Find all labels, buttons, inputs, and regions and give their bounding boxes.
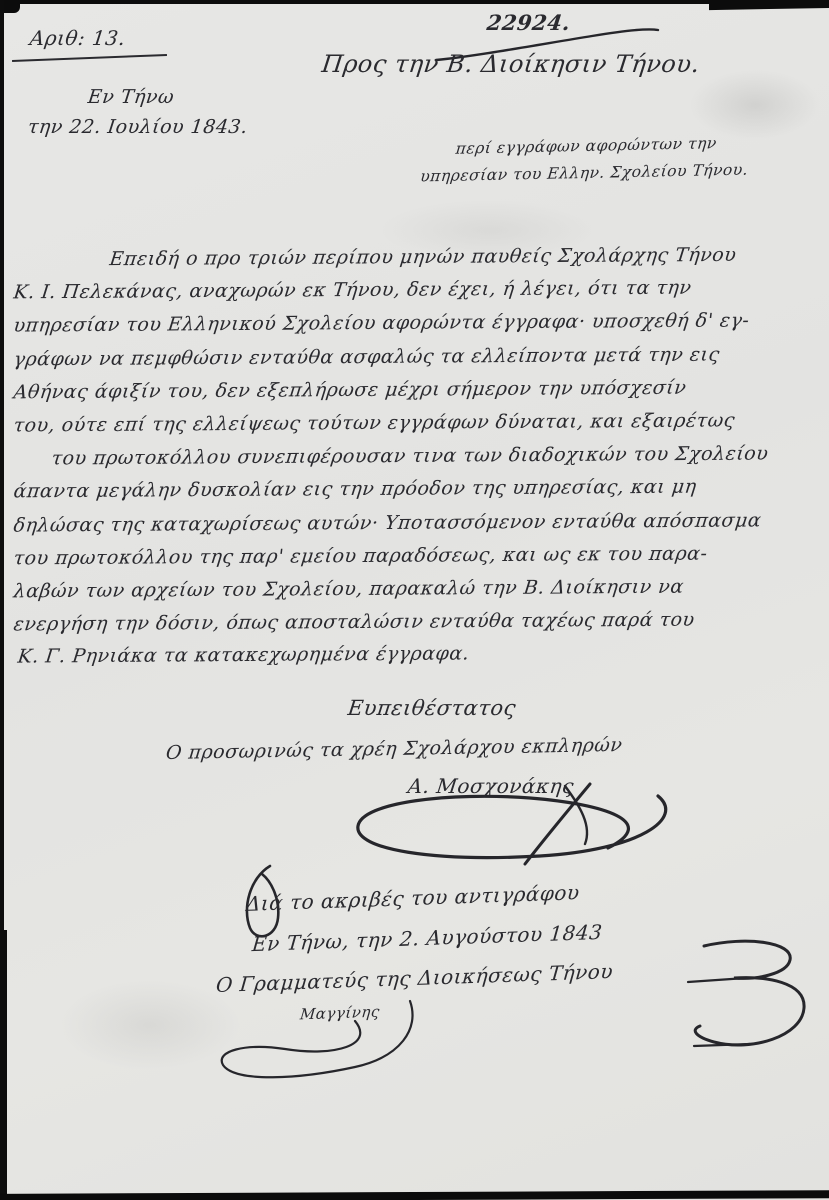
letter-body: Επειδή ο προ τριών περίπου μηνών παυθείς… — [14, 246, 820, 677]
subject-line-2: υπηρεσίαν του Ελλην. Σχολείου Τήνου. — [419, 157, 750, 191]
body-line: του πρωτοκόλλου της παρ' εμείου παραδόσε… — [14, 545, 820, 578]
body-line: δηλώσας της καταχωρίσεως αυτών· Υποτασσό… — [14, 512, 820, 545]
certification-line-3: Ο Γραμματεύς της Διοικήσεως Τήνου — [216, 959, 614, 997]
body-line: Κ. Ι. Πελεκάνας, αναχωρών εκ Τήνου, δεν … — [14, 279, 820, 312]
closing-salutation: Ευπειθέστατος — [348, 696, 516, 720]
body-line: ενεργήση την δόσιν, όπως αποσταλώσιν εντ… — [14, 611, 820, 644]
document-page: Αριθ: 13. 22924. Προς την Β. Διοίκησιν Τ… — [0, 0, 829, 1200]
subject-block: περί εγγράφων αφορώντων την υπηρεσίαν το… — [419, 130, 748, 191]
addressee-text: Προς την Β. Διοίκησιν Τήνου. — [320, 50, 701, 78]
date-line: την 22. Ιουλίου 1843. — [28, 116, 248, 138]
place-line: Εν Τήνω — [88, 86, 174, 108]
reference-number: Αριθ: 13. — [30, 26, 126, 50]
certification-line-2: Εν Τήνω, την 2. Αυγούστου 1843 — [252, 920, 603, 956]
body-line: του, ούτε επί της ελλείψεως τούτων εγγρά… — [14, 412, 820, 445]
scan-edge-left-lower — [0, 930, 7, 1200]
body-line: Κ. Γ. Ρηνιάκα τα κατακεχωρημένα έγγραφα. — [14, 644, 820, 677]
body-line: γράφων να πεμφθώσιν ενταύθα ασφαλώς τα ε… — [14, 346, 820, 379]
body-line: Αθήνας άφιξίν του, δεν εξεπλήρωσε μέχρι … — [14, 379, 820, 412]
paraph-flourish — [686, 938, 816, 1063]
body-line: υπηρεσίαν του Ελληνικού Σχολείου αφορώντ… — [14, 312, 820, 345]
body-line: Επειδή ο προ τριών περίπου μηνών παυθείς… — [14, 246, 820, 279]
reference-underline — [12, 54, 167, 62]
scan-edge-bottom — [0, 1190, 829, 1200]
body-line: λαβών των αρχείων του Σχολείου, παρακαλώ… — [14, 578, 820, 611]
secretary-signature-flourish — [205, 995, 515, 1105]
body-line: του πρωτοκόλλου συνεπιφέρουσαν τινα των … — [14, 445, 820, 478]
certification-line-1: Διά το ακριβές του αντιγράφου — [246, 880, 580, 916]
scan-edge-top-right — [709, 0, 829, 10]
closing-capacity: Ο προσωρινώς τα χρέη Σχολάρχου εκπληρών — [166, 734, 623, 764]
reference-number-text: Αριθ: 13. — [29, 26, 127, 50]
place-text: Εν Τήνω — [87, 86, 176, 108]
body-line: άπαντα μεγάλην δυσκολίαν εις την πρόοδον… — [14, 478, 820, 511]
scan-edge-top — [0, 0, 829, 4]
date-text: την 22. Ιουλίου 1843. — [27, 116, 249, 138]
signature-flourish — [340, 778, 690, 870]
addressee-heading: Προς την Β. Διοίκησιν Τήνου. — [322, 50, 700, 78]
